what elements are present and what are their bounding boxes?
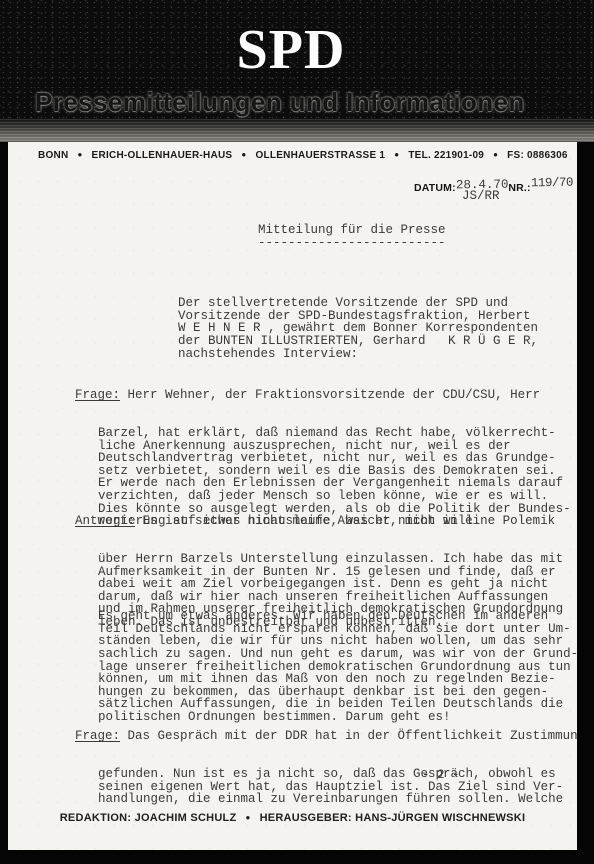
question-label: Frage:: [75, 729, 120, 743]
press-heading: Mitteilung für die Presse---------------…: [258, 224, 446, 249]
intro-paragraph-text: Der stellvertretende Vorsitzende der SPD…: [178, 297, 538, 360]
paragraph-first-line: Frage: Das Gespräch mit der DDR hat in d…: [75, 730, 577, 743]
paragraph-first-line: Antwort: Es ist sicher nicht meine Absic…: [75, 515, 563, 528]
paragraph-first-line: Frage: Herr Wehner, der Fraktionsvorsitz…: [75, 389, 571, 402]
redaktion-value: JOACHIM SCHULZ: [135, 812, 237, 824]
bullet-separator-icon: ●: [241, 150, 246, 159]
page-number: - 2 -: [422, 769, 460, 782]
date-number-block: DATUM:28.4.70NR.:119/70 JS/RR: [414, 178, 573, 196]
redaktion-label: REDAKTION:: [60, 812, 132, 824]
nr-value: 119/70: [531, 177, 573, 190]
masthead-fade-strip: [0, 119, 594, 142]
paper: BONN●ERICH-OLLENHAUER-HAUS●OLLENHAUERSTR…: [8, 142, 577, 850]
bullet-separator-icon: ●: [394, 150, 399, 159]
paragraph-text: Herr Wehner, der Fraktionsvorsitzende de…: [120, 388, 540, 402]
address-item-street: OLLENHAUERSTRASSE 1: [255, 150, 385, 161]
paragraph-text: Es ist sicher nicht meine Absicht, mich …: [135, 514, 555, 528]
datum-label: DATUM:: [414, 182, 456, 194]
footer-imprint: REDAKTION: JOACHIM SCHULZ●HERAUSGEBER: H…: [8, 812, 577, 824]
paragraph-text: gefunden. Nun ist es ja nicht so, daß da…: [98, 768, 577, 806]
spd-logo: SPD: [0, 22, 582, 78]
masthead: SPD Pressemitteilungen und Informationen: [0, 0, 594, 142]
typist-initials: JS/RR: [462, 190, 500, 203]
bullet-separator-icon: ●: [245, 813, 250, 822]
address-item-telex: FS: 0886306: [507, 150, 568, 161]
nr-label: NR.:: [508, 182, 530, 194]
bullet-separator-icon: ●: [77, 150, 82, 159]
press-heading-underline: -------------------------: [258, 236, 446, 250]
question-label: Frage:: [75, 388, 120, 402]
bullet-separator-icon: ●: [493, 150, 498, 159]
address-item-city: BONN: [38, 150, 68, 161]
masthead-banner: Pressemitteilungen und Informationen: [35, 89, 560, 115]
address-item-phone: TEL. 221901-09: [408, 150, 484, 161]
answer-label: Antwort:: [75, 514, 135, 528]
address-item-building: ERICH-OLLENHAUER-HAUS: [92, 150, 233, 161]
herausgeber-label: HERAUSGEBER:: [260, 812, 352, 824]
herausgeber-value: HANS-JÜRGEN WISCHNEWSKI: [355, 812, 525, 824]
press-release-page: SPD Pressemitteilungen und Informationen…: [0, 0, 594, 864]
paragraph-text: Das Gespräch mit der DDR hat in der Öffe…: [120, 729, 577, 743]
address-line: BONN●ERICH-OLLENHAUER-HAUS●OLLENHAUERSTR…: [38, 150, 568, 161]
